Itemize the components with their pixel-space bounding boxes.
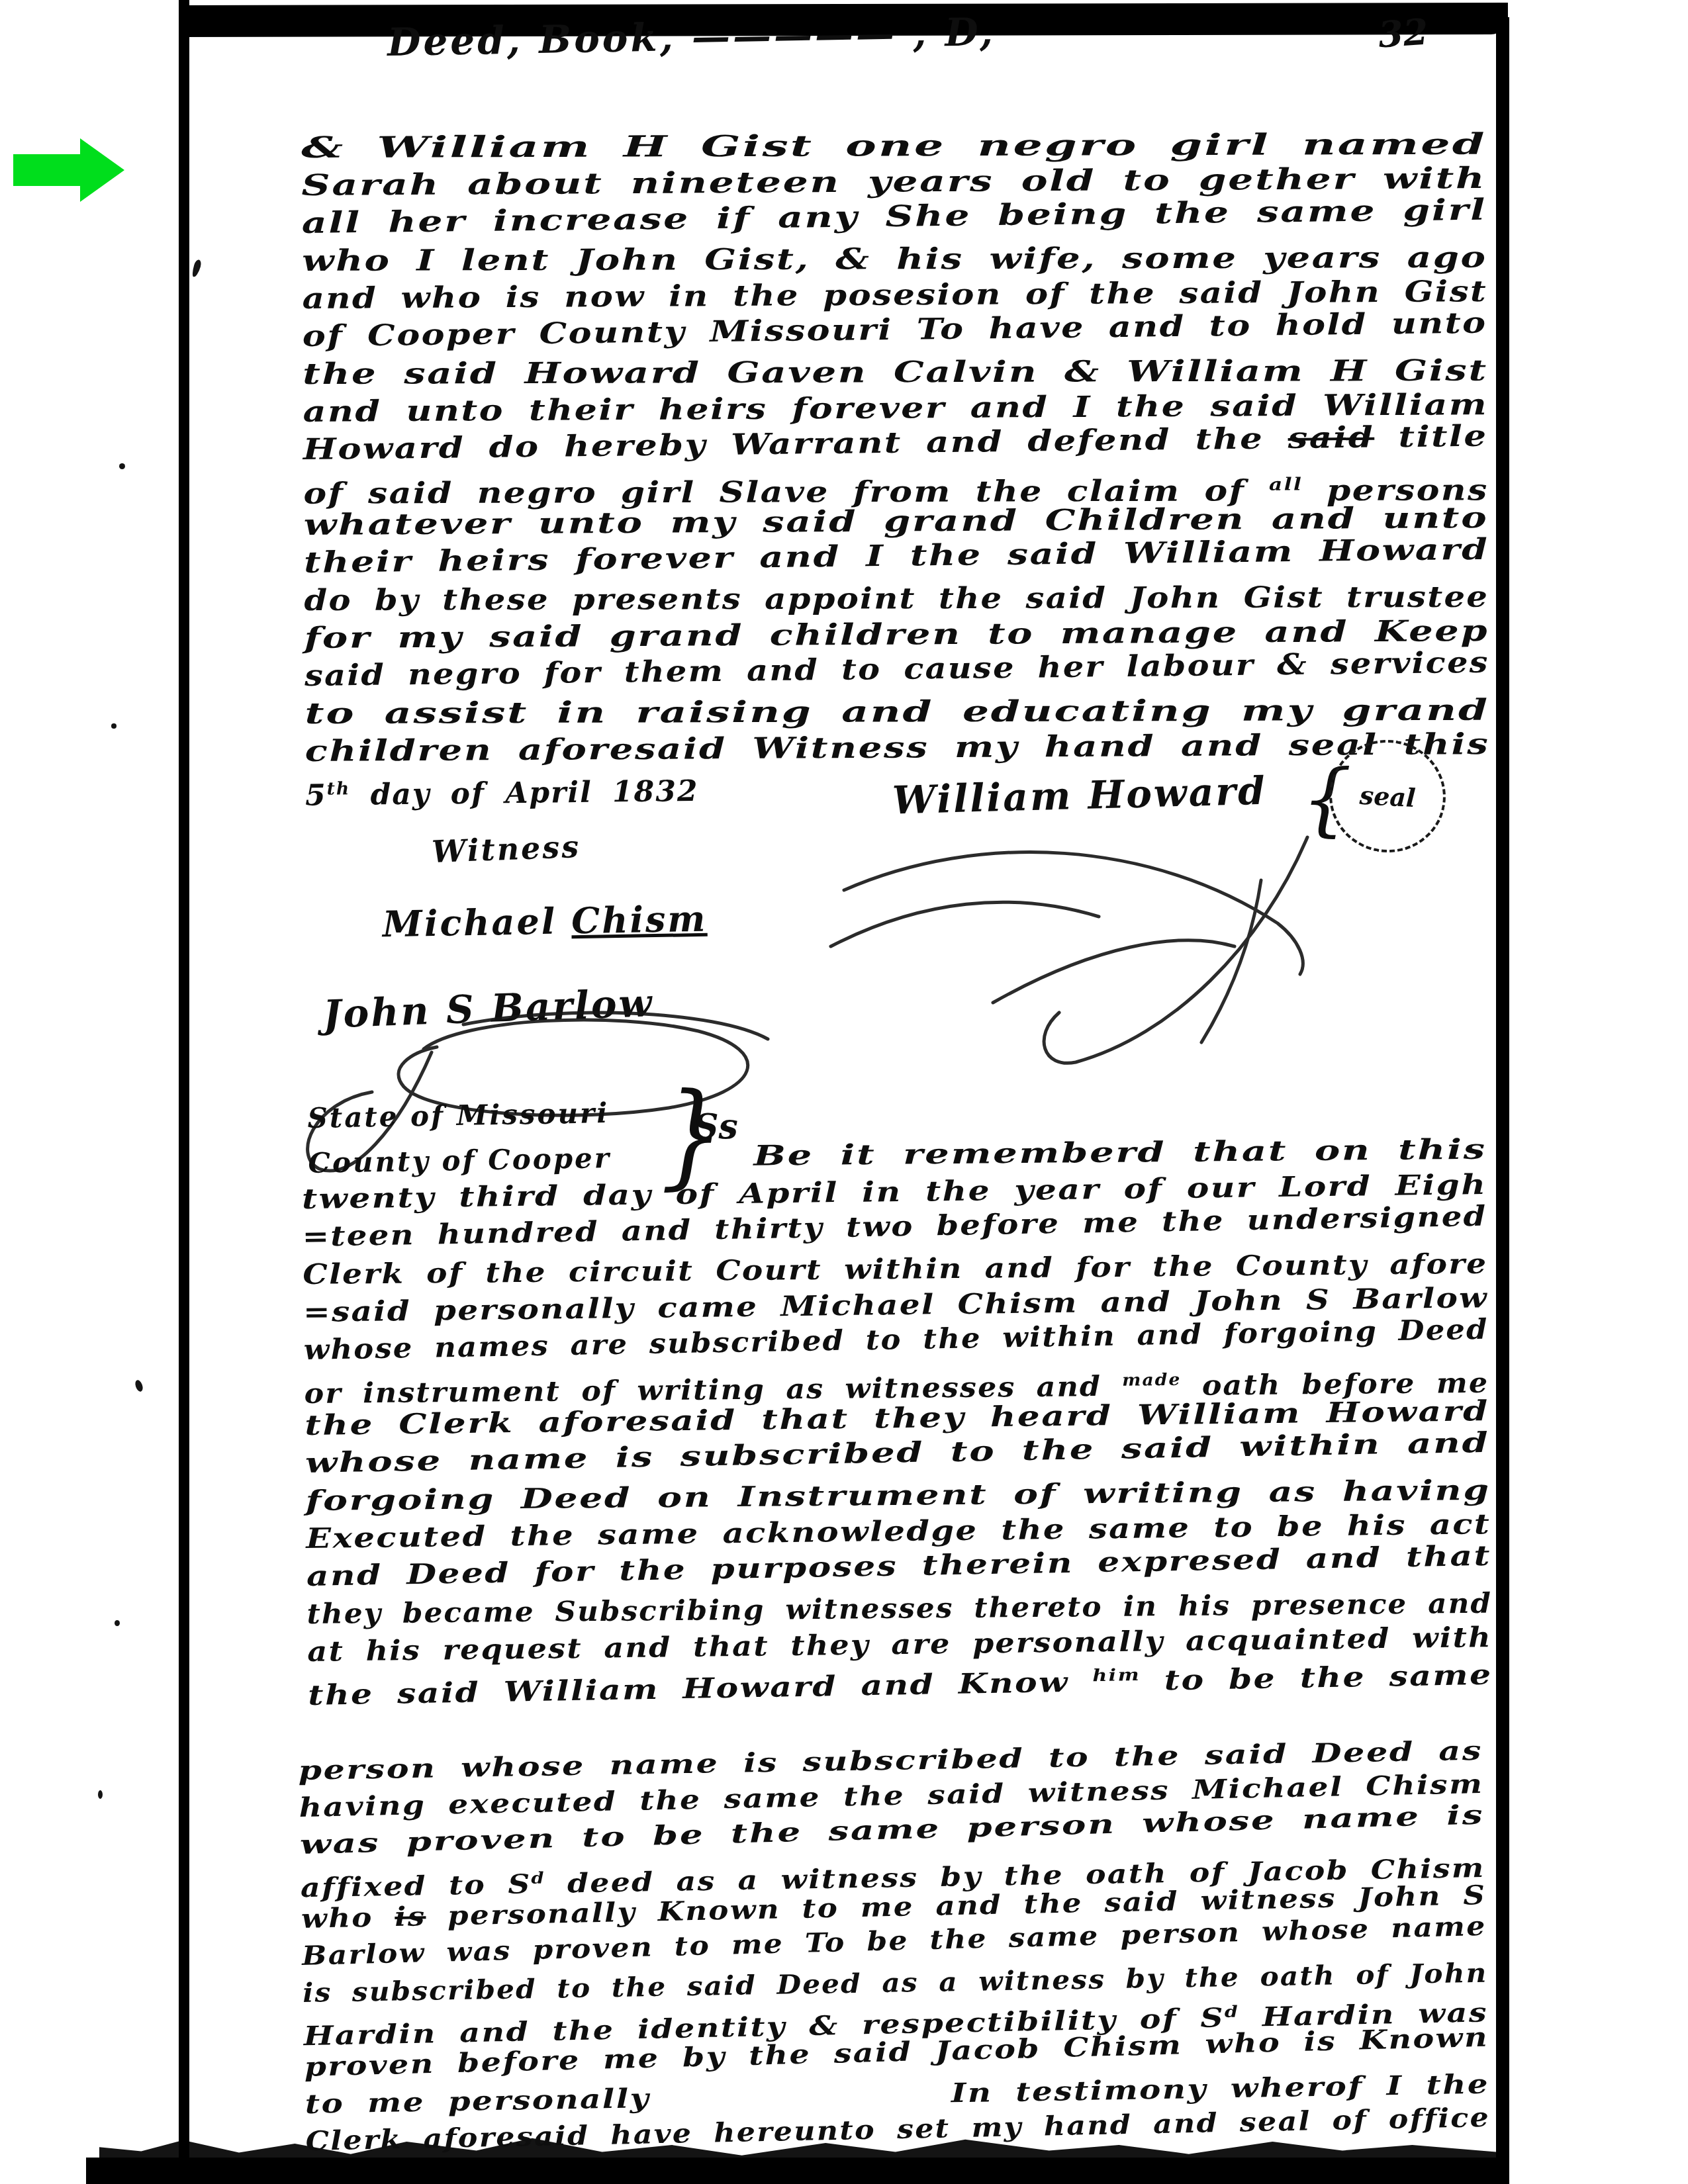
pen-flourish bbox=[993, 940, 1235, 1003]
ink-speck bbox=[111, 723, 117, 729]
handwritten-line-text: 5th day of April 1832 bbox=[305, 766, 699, 814]
witness-signature: John S Barlow bbox=[322, 980, 655, 1036]
deed-text-block: & William H Gist one negro girl namedSar… bbox=[301, 122, 1490, 808]
jurat-state: State of Missouri bbox=[307, 1091, 610, 1141]
pen-flourish bbox=[844, 852, 1303, 974]
witness-label: Witness bbox=[431, 829, 581, 870]
pen-flourish bbox=[1201, 880, 1261, 1042]
seal-label: seal bbox=[1359, 780, 1417, 812]
scan-border-right bbox=[1496, 17, 1509, 2164]
scan-border-bottom bbox=[86, 2158, 1509, 2184]
green-arrow-shape bbox=[13, 138, 124, 202]
ink-speck bbox=[119, 463, 125, 469]
scan-border-left bbox=[179, 0, 189, 2184]
grantor-signature: William Howard bbox=[892, 768, 1267, 823]
pen-flourish bbox=[1044, 837, 1307, 1063]
witness-signature: Michael Chism bbox=[382, 897, 707, 946]
pen-flourish bbox=[831, 902, 1099, 946]
green-arrow-annotation bbox=[13, 137, 126, 203]
ink-speck bbox=[115, 1620, 120, 1626]
ink-speck bbox=[98, 1790, 103, 1799]
ink-speck bbox=[134, 1379, 144, 1392]
acknowledgment-text-block: Be it rememberd that on thistwenty third… bbox=[301, 1128, 1493, 1708]
page-number: 32 bbox=[1377, 10, 1429, 56]
ink-speck bbox=[191, 259, 202, 278]
continuation-text-block: person whose name is subscribed to the s… bbox=[298, 1729, 1491, 2160]
